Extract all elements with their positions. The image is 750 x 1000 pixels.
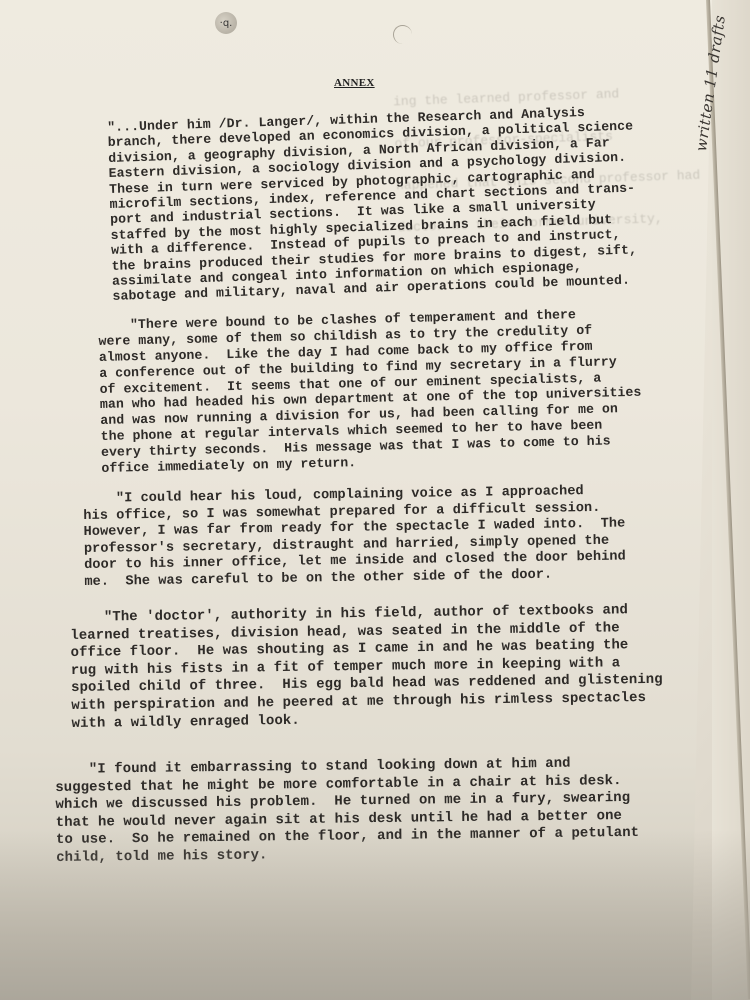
paragraph-1: "...Under him /Dr. Langer/, within the R…: [107, 103, 638, 304]
paragraph-3: "I could hear his loud, complaining voic…: [83, 483, 626, 590]
paragraph-2: "There were bound to be clashes of tempe…: [98, 306, 643, 477]
document-content: ANNEX "...Under him /Dr. Langer/, within…: [0, 0, 750, 1000]
paragraph-4: "The 'doctor', authority in his field, a…: [70, 602, 663, 733]
page-title: ANNEX: [334, 77, 375, 89]
paragraph-5: "I found it embarrassing to stand lookin…: [55, 755, 639, 868]
